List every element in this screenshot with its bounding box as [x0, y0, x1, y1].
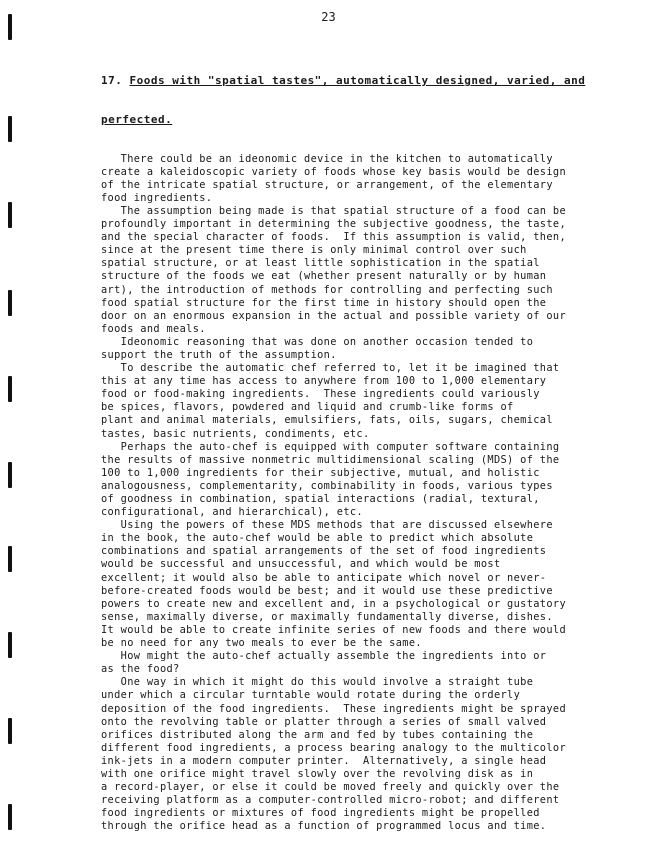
text-line: One way in which it might do this would … [101, 676, 641, 689]
text-line: Ideonomic reasoning that was done on ano… [101, 336, 641, 349]
text-line: The assumption being made is that spatia… [101, 205, 641, 218]
text-line: food or food-making ingredients. These i… [101, 388, 641, 401]
text-line: support the truth of the assumption. [101, 349, 641, 362]
text-line: tastes, basic nutrients, condiments, etc… [101, 428, 641, 441]
text-line: orifices distributed along the arm and f… [101, 729, 641, 742]
binding-hole [8, 632, 12, 658]
text-line: of goodness in combination, spatial inte… [101, 493, 641, 506]
heading-number: 17. [101, 74, 122, 87]
text-line: would be successful and unsuccessful, an… [101, 558, 641, 571]
text-line: a record-player, or else it could be mov… [101, 781, 641, 794]
binding-hole [8, 546, 12, 572]
text-line: configurational, and hierarchical), etc. [101, 506, 641, 519]
text-line: in the book, the auto-chef would be able… [101, 532, 641, 545]
text-line: through the orifice head as a function o… [101, 820, 641, 833]
text-line: plant and animal materials, emulsifiers,… [101, 414, 641, 427]
text-line: since at the present time there is only … [101, 244, 641, 257]
text-line: food ingredients. [101, 192, 641, 205]
heading-title-line2: perfected. [101, 113, 172, 126]
text-line: There could be an ideonomic device in th… [101, 153, 641, 166]
text-line: onto the revolving table or platter thro… [101, 716, 641, 729]
text-line: combinations and spatial arrangements of… [101, 545, 641, 558]
text-line: structure of the foods we eat (whether p… [101, 270, 641, 283]
text-line: Perhaps the auto-chef is equipped with c… [101, 441, 641, 454]
binding-hole [8, 290, 12, 316]
text-line: It would be able to create infinite seri… [101, 624, 641, 637]
document-body: 17. Foods with "spatial tastes", automat… [101, 48, 641, 847]
text-line: To describe the automatic chef referred … [101, 362, 641, 375]
binding-hole [8, 462, 12, 488]
page-number: 23 [0, 10, 657, 24]
text-line: 100 to 1,000 ingredients for their subje… [101, 467, 641, 480]
text-line: the results of massive nonmetric multidi… [101, 454, 641, 467]
text-line: create a kaleidoscopic variety of foods … [101, 166, 641, 179]
text-line: spatial structure, or at least little so… [101, 257, 641, 270]
heading-title-line1: Foods with "spatial tastes", automatical… [130, 74, 586, 87]
text-line: and the special character of foods. If t… [101, 231, 641, 244]
section-heading-cont: perfected. [101, 113, 641, 126]
binding-hole [8, 376, 12, 402]
text-line: foods and meals. [101, 323, 641, 336]
text-line: food spatial structure for the first tim… [101, 297, 641, 310]
text-line: powers to create new and excellent and, … [101, 598, 641, 611]
text-line: deposition of the food ingredients. Thes… [101, 703, 641, 716]
text-line: under which a circular turntable would r… [101, 689, 641, 702]
text-line: as the food? [101, 663, 641, 676]
text-line: different food ingredients, a process be… [101, 742, 641, 755]
text-line: door on an enormous expansion in the act… [101, 310, 641, 323]
section-heading: 17. Foods with "spatial tastes", automat… [101, 74, 641, 87]
text-line: this at any time has access to anywhere … [101, 375, 641, 388]
text-line: art), the introduction of methods for co… [101, 284, 641, 297]
text-line: food ingredients or mixtures of food ing… [101, 807, 641, 820]
text-line: Using the powers of these MDS methods th… [101, 519, 641, 532]
body-text: There could be an ideonomic device in th… [101, 153, 641, 834]
text-line: How might the auto-chef actually assembl… [101, 650, 641, 663]
binding-hole [8, 202, 12, 228]
binding-hole [8, 116, 12, 142]
text-line: excellent; it would also be able to anti… [101, 572, 641, 585]
text-line: of the intricate spatial structure, or a… [101, 179, 641, 192]
text-line: receiving platform as a computer-control… [101, 794, 641, 807]
text-line: be no need for any two meals to ever be … [101, 637, 641, 650]
text-line: analogousness, complementarity, combinab… [101, 480, 641, 493]
text-line: before-created foods would be best; and … [101, 585, 641, 598]
text-line: be spices, flavors, powdered and liquid … [101, 401, 641, 414]
binding-hole [8, 718, 12, 744]
binding-hole [8, 804, 12, 830]
text-line: profoundly important in determining the … [101, 218, 641, 231]
text-line: sense, maximally diverse, or maximally f… [101, 611, 641, 624]
text-line: ink-jets in a modern computer printer. A… [101, 755, 641, 768]
text-line: with one orifice might travel slowly ove… [101, 768, 641, 781]
